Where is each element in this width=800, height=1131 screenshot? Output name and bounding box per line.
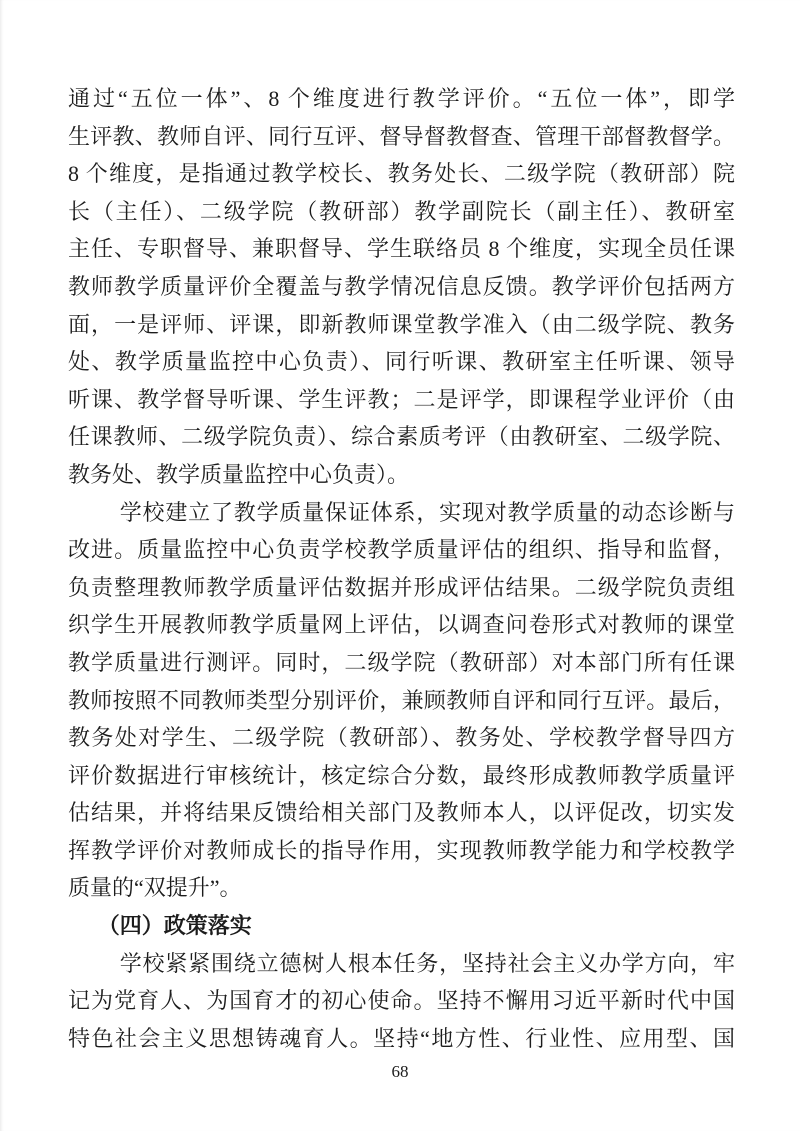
- text-line: 学校紧紧围绕立德树人根本任务，坚持社会主义办学方向，牢: [68, 945, 735, 983]
- text-line: 主任、专职督导、兼职督导、学生联络员 8 个维度，实现全员任课: [68, 230, 735, 268]
- text-line: 面，一是评师、评课，即新教师课堂教学准入（由二级学院、教务: [68, 306, 735, 344]
- text-line: 教务处、教学质量监控中心负责）。: [68, 456, 735, 494]
- text-line: 听课、教学督导听课、学生评教；二是评学，即课程学业评价（由: [68, 381, 735, 419]
- text-line: 质量的“双提升”。: [68, 869, 735, 907]
- text-line: 生评教、教师自评、同行互评、督导督教督查、管理干部督教督学。: [68, 118, 735, 156]
- text-line: 评价数据进行审核统计，核定综合分数，最终形成教师教学质量评: [68, 757, 735, 795]
- text-line: 8 个维度，是指通过教学校长、教务处长、二级学院（教研部）院: [68, 155, 735, 193]
- text-line: 教学质量进行测评。同时，二级学院（教研部）对本部门所有任课: [68, 644, 735, 682]
- text-line: 通过“五位一体”、8 个维度进行教学评价。“五位一体”，即学: [68, 80, 735, 118]
- text-line: 特色社会主义思想铸魂育人。坚持“地方性、行业性、应用型、国: [68, 1020, 735, 1058]
- text-line: 任课教师、二级学院负责）、综合素质考评（由教研室、二级学院、: [68, 418, 735, 456]
- document-body: 通过“五位一体”、8 个维度进行教学评价。“五位一体”，即学生评教、教师自评、同…: [68, 80, 735, 1057]
- text-line: 估结果，并将结果反馈给相关部门及教师本人，以评促改，切实发: [68, 794, 735, 832]
- text-line: 织学生开展教师教学质量网上评估，以调查问卷形式对教师的课堂: [68, 606, 735, 644]
- text-line: 挥教学评价对教师成长的指导作用，实现教师教学能力和学校教学: [68, 832, 735, 870]
- page-number: 68: [0, 1060, 800, 1084]
- text-line: 处、教学质量监控中心负责）、同行听课、教研室主任听课、领导: [68, 343, 735, 381]
- section-heading: （四）政策落实: [68, 907, 735, 945]
- text-line: 教师教学质量评价全覆盖与教学情况信息反馈。教学评价包括两方: [68, 268, 735, 306]
- text-line: 改进。质量监控中心负责学校教学质量评估的组织、指导和监督，: [68, 531, 735, 569]
- text-line: 长（主任）、二级学院（教研部）教学副院长（副主任）、教研室: [68, 193, 735, 231]
- document-page: 通过“五位一体”、8 个维度进行教学评价。“五位一体”，即学生评教、教师自评、同…: [0, 0, 800, 1131]
- text-line: 记为党育人、为国育才的初心使命。坚持不懈用习近平新时代中国: [68, 982, 735, 1020]
- text-line: 教师按照不同教师类型分别评价，兼顾教师自评和同行互评。最后，: [68, 682, 735, 720]
- text-line: 教务处对学生、二级学院（教研部）、教务处、学校教学督导四方: [68, 719, 735, 757]
- text-line: 负责整理教师教学质量评估数据并形成评估结果。二级学院负责组: [68, 569, 735, 607]
- text-line: 学校建立了教学质量保证体系，实现对教学质量的动态诊断与: [68, 494, 735, 532]
